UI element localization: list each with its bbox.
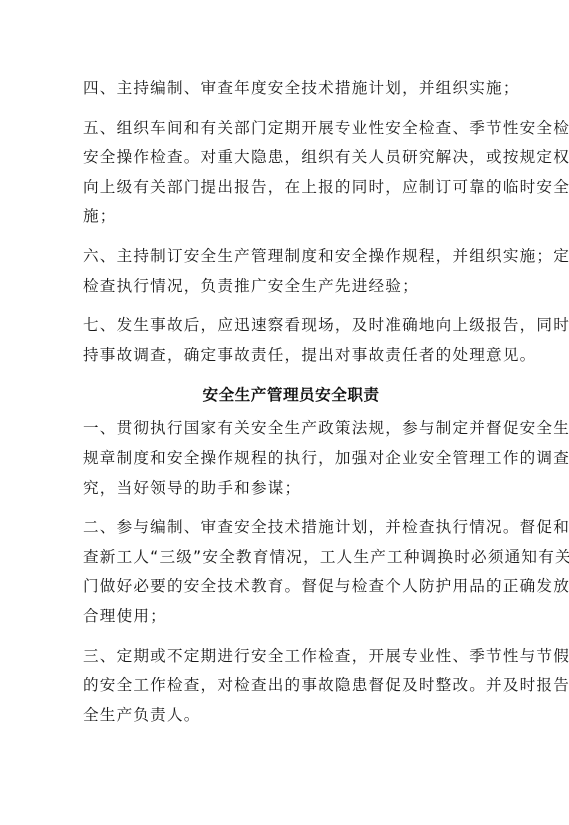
text-line: 施； <box>83 202 499 232</box>
paragraph-item-5: 五、组织车间和有关部门定期开展专业性安全检查、季节性安全检查、 安全操作检查。对… <box>83 114 499 232</box>
text-line: 三、定期或不定期进行安全工作检查，开展专业性、季节性与节假日 <box>83 642 499 672</box>
paragraph-item-7: 七、发生事故后，应迅速察看现场，及时准确地向上级报告，同时主 持事故调查，确定事… <box>83 311 499 370</box>
text-line: 六、主持制订安全生产管理制度和安全操作规程，并组织实施；定期 <box>83 242 499 272</box>
text-line: 持事故调查，确定事故责任，提出对事故责任者的处理意见。 <box>83 341 499 371</box>
paragraph-item-4: 四、主持编制、审查年度安全技术措施计划，并组织实施； <box>83 74 499 104</box>
paragraph-item-3: 三、定期或不定期进行安全工作检查，开展专业性、季节性与节假日 的安全工作检查，对… <box>83 642 499 731</box>
text-line: 门做好必要的安全技术教育。督促与检查个人防护用品的正确发放和 <box>83 572 499 602</box>
text-line: 查新工人“三级”安全教育情况，工人生产工种调换时必须通知有关部 <box>83 543 499 573</box>
text-line: 全生产负责人。 <box>83 701 499 731</box>
text-line: 的安全工作检查，对检查出的事故隐患督促及时整改。并及时报告安 <box>83 671 499 701</box>
paragraph-item-1: 一、贯彻执行国家有关安全生产政策法规，参与制定并督促安全生产 规章制度和安全操作… <box>83 414 499 503</box>
paragraph-item-2: 二、参与编制、审查安全技术措施计划，并检查执行情况。督促和检 查新工人“三级”安… <box>83 513 499 631</box>
text-line: 二、参与编制、审查安全技术措施计划，并检查执行情况。督促和检 <box>83 513 499 543</box>
text-line: 安全操作检查。对重大隐患，组织有关人员研究解决，或按规定权限 <box>83 143 499 173</box>
text-line: 合理使用； <box>83 602 499 632</box>
paragraph-item-6: 六、主持制订安全生产管理制度和安全操作规程，并组织实施；定期 检查执行情况，负责… <box>83 242 499 301</box>
section-heading: 安全生产管理员安全职责 <box>83 380 499 410</box>
document-page: 四、主持编制、审查年度安全技术措施计划，并组织实施； 五、组织车间和有关部门定期… <box>83 74 499 740</box>
text-line: 规章制度和安全操作规程的执行，加强对企业安全管理工作的调查研 <box>83 444 499 474</box>
text-line: 检查执行情况，负责推广安全生产先进经验； <box>83 272 499 302</box>
text-line: 一、贯彻执行国家有关安全生产政策法规，参与制定并督促安全生产 <box>83 414 499 444</box>
text-line: 五、组织车间和有关部门定期开展专业性安全检查、季节性安全检查、 <box>83 114 499 144</box>
text-line: 究，当好领导的助手和参谋； <box>83 474 499 504</box>
text-line: 向上级有关部门提出报告，在上报的同时，应制订可靠的临时安全措 <box>83 173 499 203</box>
text-line: 七、发生事故后，应迅速察看现场，及时准确地向上级报告，同时主 <box>83 311 499 341</box>
text-line: 四、主持编制、审查年度安全技术措施计划，并组织实施； <box>83 74 499 104</box>
